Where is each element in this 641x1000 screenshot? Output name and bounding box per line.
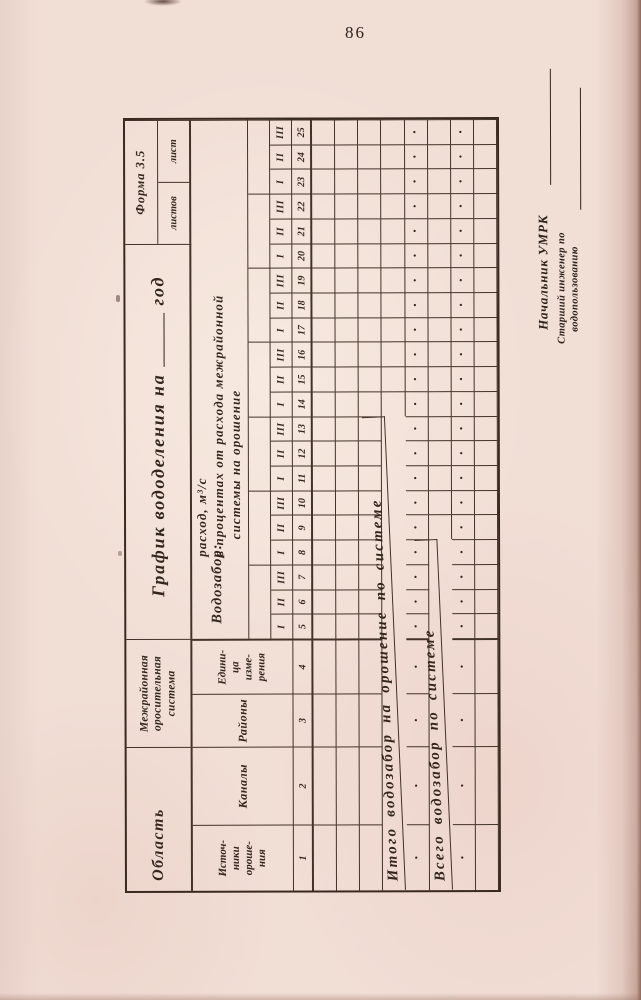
column-number-cell: 14 <box>293 391 313 416</box>
decade-cell: I <box>271 391 293 416</box>
data-cell <box>358 144 381 169</box>
data-cell <box>335 218 358 243</box>
data-cell <box>313 391 336 416</box>
intake-header: Водозабор: расход, м³/с в процентах от р… <box>191 120 249 639</box>
decade-cell: I <box>270 317 292 342</box>
column-header-districts: Районы <box>192 694 293 747</box>
dots-cell: · <box>405 465 428 490</box>
data-cell <box>313 614 336 639</box>
sheets-label: листов <box>158 182 190 244</box>
dots-cell: · <box>405 268 428 293</box>
ink-speck <box>118 551 122 556</box>
data-cell <box>381 119 404 144</box>
column-number-cell: 15 <box>293 367 313 392</box>
column-number-cell: 25 <box>292 120 312 145</box>
column-number-cell: 23 <box>292 169 312 194</box>
column-number-cell: 17 <box>292 317 312 342</box>
data-cell <box>312 194 335 219</box>
data-cell <box>313 638 336 693</box>
data-cell <box>475 416 498 441</box>
dots-cell: · <box>405 144 428 169</box>
data-cell <box>474 317 497 342</box>
data-cell <box>337 824 360 890</box>
month-cell <box>249 564 271 638</box>
form-number-label: Форма 3.5 <box>125 121 158 244</box>
data-cell <box>335 169 358 194</box>
data-cell <box>474 144 497 169</box>
data-cell <box>336 441 359 466</box>
data-cell <box>382 292 405 317</box>
dots-cell: · <box>452 638 475 693</box>
dots-cell: · <box>452 465 475 490</box>
signature-title: Начальник УМРК <box>535 215 551 330</box>
decade-cell: II <box>270 218 292 243</box>
column-number-cell: 21 <box>292 218 312 243</box>
dots-cell: · <box>405 441 428 466</box>
data-cell <box>312 268 335 293</box>
form-title: График вододеления на год <box>125 243 192 639</box>
data-cell <box>313 564 336 589</box>
data-cell <box>335 243 358 268</box>
data-cell <box>475 746 498 824</box>
data-cell <box>475 564 498 589</box>
decade-cell: III <box>270 194 292 219</box>
data-cell <box>428 292 451 317</box>
data-cell <box>382 317 405 342</box>
decade-cell: III <box>270 120 292 145</box>
dots-cell: · <box>452 490 475 515</box>
decade-cell: II <box>271 515 293 540</box>
data-cell <box>312 243 335 268</box>
data-cell <box>428 440 451 465</box>
rotated-form: Область Межрайонная оросительная система… <box>123 117 595 893</box>
column-number-cell: 13 <box>293 416 313 441</box>
column-number-cell: 6 <box>293 589 313 614</box>
dots-cell: · <box>451 267 474 292</box>
data-cell <box>428 342 451 367</box>
year-blank-line <box>150 312 164 366</box>
decade-cell: III <box>271 564 293 589</box>
dots-cell: · <box>451 391 474 416</box>
form-stamp-box: Форма 3.5 листов лист <box>125 120 191 244</box>
column-number-cell: 11 <box>293 466 313 491</box>
dots-cell: · <box>405 416 428 441</box>
ink-speck <box>116 295 120 302</box>
data-cell <box>337 746 360 824</box>
data-cell <box>336 342 359 367</box>
column-number-cell: 8 <box>293 540 313 565</box>
header-oblast: Область <box>127 747 193 891</box>
data-cell <box>336 540 359 565</box>
column-number-cell: 5 <box>293 614 313 639</box>
data-cell <box>313 465 336 490</box>
data-cell <box>428 169 451 194</box>
data-cell <box>358 169 381 194</box>
column-number-cell: 22 <box>292 194 312 219</box>
dots-cell: · <box>451 169 474 194</box>
decade-cell: II <box>271 441 293 466</box>
dots-cell: · <box>451 119 474 144</box>
data-cell <box>382 268 405 293</box>
data-cell <box>358 193 381 218</box>
dots-cell: · <box>451 193 474 218</box>
data-cell <box>474 292 497 317</box>
signature-line <box>576 88 581 210</box>
data-cell <box>382 193 405 218</box>
decade-cell: I <box>271 540 293 565</box>
data-cell <box>358 119 381 144</box>
month-cell <box>249 416 271 490</box>
data-cell <box>428 144 451 169</box>
sheet-count-box: листов лист <box>157 121 189 244</box>
data-cell <box>336 589 359 614</box>
signature-line <box>546 69 551 185</box>
data-cell <box>313 367 336 392</box>
data-cell <box>336 638 359 693</box>
data-cell <box>382 342 405 367</box>
column-number-cell: 12 <box>293 441 313 466</box>
decade-cell: II <box>271 367 293 392</box>
data-cell <box>313 342 336 367</box>
data-cell <box>429 465 452 490</box>
data-cell <box>475 490 498 515</box>
data-cell <box>475 693 498 746</box>
form-title-suffix: год <box>147 276 168 306</box>
dots-cell: · <box>451 342 474 367</box>
column-header-units: Едини- ца изме- рения <box>192 639 293 694</box>
data-cell <box>474 119 497 144</box>
dots-cell: · <box>452 440 475 465</box>
data-cell <box>428 416 451 441</box>
column-number-cell: 24 <box>292 144 312 169</box>
data-cell <box>429 490 452 515</box>
dots-cell: · <box>405 490 428 515</box>
data-cell <box>336 391 359 416</box>
data-cell <box>428 193 451 218</box>
month-cell <box>248 120 270 194</box>
data-cell <box>428 391 451 416</box>
decade-cell: I <box>271 614 293 639</box>
dots-cell: · <box>405 169 428 194</box>
data-cell <box>336 416 359 441</box>
data-cell <box>313 540 336 565</box>
signature-row-engineer: Старший инженер по водопользованию <box>556 64 582 344</box>
data-cell <box>359 391 382 416</box>
data-cell <box>474 267 497 292</box>
data-cell <box>474 193 497 218</box>
decade-cell: II <box>270 293 292 318</box>
data-cell <box>312 169 335 194</box>
dots-cell: · <box>452 416 475 441</box>
dots-cell: · <box>451 366 474 391</box>
decade-cell: II <box>270 144 292 169</box>
dots-cell: · <box>451 144 474 169</box>
data-cell <box>336 367 359 392</box>
data-cell <box>313 693 336 746</box>
month-cell <box>248 194 270 268</box>
decade-cell: III <box>271 416 293 441</box>
decade-cell: II <box>271 589 293 614</box>
data-cell <box>358 218 381 243</box>
data-cell <box>336 490 359 515</box>
dots-cell: · <box>405 243 428 268</box>
data-cell <box>382 243 405 268</box>
data-cell <box>381 144 404 169</box>
dots-cell: · <box>453 824 476 890</box>
signature-title: Старший инженер по водопользованию <box>556 232 581 344</box>
header-system: Межрайонная оросительная система <box>126 639 192 747</box>
column-number-cell: 16 <box>293 342 313 367</box>
column-number-cell: 10 <box>293 490 313 515</box>
data-cell <box>474 218 497 243</box>
data-cell <box>359 243 382 268</box>
data-cell <box>475 391 498 416</box>
month-cell <box>248 268 270 342</box>
data-cell <box>381 169 404 194</box>
page-number: 86 <box>345 23 366 43</box>
data-cell <box>313 416 336 441</box>
data-cell <box>475 638 498 693</box>
data-cell <box>474 366 497 391</box>
data-cell <box>313 441 336 466</box>
dots-cell: · <box>452 613 475 638</box>
data-cell <box>474 243 497 268</box>
dots-cell: · <box>451 218 474 243</box>
dots-cell: · <box>405 317 428 342</box>
data-cell <box>475 539 498 564</box>
data-cell <box>428 243 451 268</box>
data-cell <box>335 119 358 144</box>
dots-cell: · <box>405 218 428 243</box>
column-number-cell: 18 <box>292 293 312 318</box>
data-cell <box>335 268 358 293</box>
data-cell <box>314 746 337 824</box>
dots-cell: · <box>405 342 428 367</box>
dots-cell: · <box>405 391 428 416</box>
data-cell <box>475 514 498 539</box>
data-cell <box>429 515 452 540</box>
scan-smudge <box>144 0 182 6</box>
data-cell <box>359 292 382 317</box>
data-cell <box>359 268 382 293</box>
data-cell <box>475 440 498 465</box>
month-cell <box>249 342 271 416</box>
data-cell <box>312 119 335 144</box>
signature-block: Начальник УМРК Старший инженер по водопо… <box>535 64 587 344</box>
water-allocation-form-table: Область Межрайонная оросительная система… <box>123 117 501 893</box>
dots-cell: · <box>452 564 475 589</box>
data-cell <box>382 366 405 391</box>
dots-cell: · <box>452 515 475 540</box>
data-cell <box>312 317 335 342</box>
dots-cell: · <box>451 317 474 342</box>
column-number-cell: 9 <box>293 515 313 540</box>
dots-cell: · <box>452 589 475 614</box>
decade-cell: III <box>270 268 292 293</box>
data-cell <box>336 564 359 589</box>
column-number-cell: 4 <box>293 639 313 694</box>
column-header-sources: Источ- ники ороше- ния <box>193 825 294 891</box>
data-cell <box>336 515 359 540</box>
data-cell <box>475 613 498 638</box>
data-cell <box>359 317 382 342</box>
data-cell <box>428 119 451 144</box>
column-number-cell: 20 <box>292 243 312 268</box>
sheet-label: лист <box>157 121 189 182</box>
form-title-prefix: График вододеления на <box>147 373 169 596</box>
dots-cell: · <box>451 292 474 317</box>
scanned-book-page: 86 Область Межрайонная оросительная сист… <box>0 0 641 1000</box>
column-number-cell: 1 <box>294 825 314 891</box>
column-number-cell: 2 <box>294 747 314 825</box>
dots-cell: · <box>452 539 475 564</box>
data-cell <box>336 317 359 342</box>
data-cell <box>335 144 358 169</box>
data-cell <box>313 490 336 515</box>
dots-cell: · <box>406 515 429 540</box>
dots-cell: · <box>405 292 428 317</box>
data-cell <box>428 267 451 292</box>
dots-cell: · <box>451 243 474 268</box>
column-number-cell: 19 <box>292 268 312 293</box>
intake-description: расход, м³/с в процентах от расхода межр… <box>193 295 244 557</box>
data-cell <box>336 465 359 490</box>
decade-cell: I <box>270 243 292 268</box>
data-cell <box>359 342 382 367</box>
data-cell <box>474 341 497 366</box>
data-cell <box>313 589 336 614</box>
decade-cell: I <box>271 466 293 491</box>
column-number-cell: 7 <box>293 564 313 589</box>
data-cell <box>382 218 405 243</box>
data-cell <box>428 218 451 243</box>
dots-cell: · <box>452 746 475 824</box>
data-cell <box>428 366 451 391</box>
decade-cell: I <box>270 169 292 194</box>
data-cell <box>382 391 405 416</box>
dots-cell: · <box>405 366 428 391</box>
decade-cell: III <box>271 490 293 515</box>
column-number-cell: 3 <box>293 694 313 747</box>
data-cell <box>476 824 499 890</box>
data-cell <box>312 144 335 169</box>
dots-cell: · <box>405 193 428 218</box>
data-cell <box>312 292 335 317</box>
data-cell <box>313 515 336 540</box>
month-cell <box>249 490 271 564</box>
data-cell <box>336 614 359 639</box>
data-cell <box>312 218 335 243</box>
signature-row-chief: Начальник УМРК <box>535 64 552 344</box>
dots-cell: · <box>404 119 427 144</box>
data-cell <box>474 168 497 193</box>
data-cell <box>314 824 337 890</box>
data-cell <box>359 366 382 391</box>
data-cell <box>428 317 451 342</box>
data-cell <box>336 292 359 317</box>
dots-cell: · <box>452 693 475 746</box>
dots-cell: · <box>406 824 429 890</box>
data-cell <box>475 589 498 614</box>
data-cell <box>337 693 360 746</box>
data-cell <box>475 465 498 490</box>
column-header-canals: Каналы <box>193 747 294 825</box>
decade-cell: III <box>271 342 293 367</box>
data-cell <box>335 194 358 219</box>
photo-bottom-shadow <box>0 993 641 1000</box>
